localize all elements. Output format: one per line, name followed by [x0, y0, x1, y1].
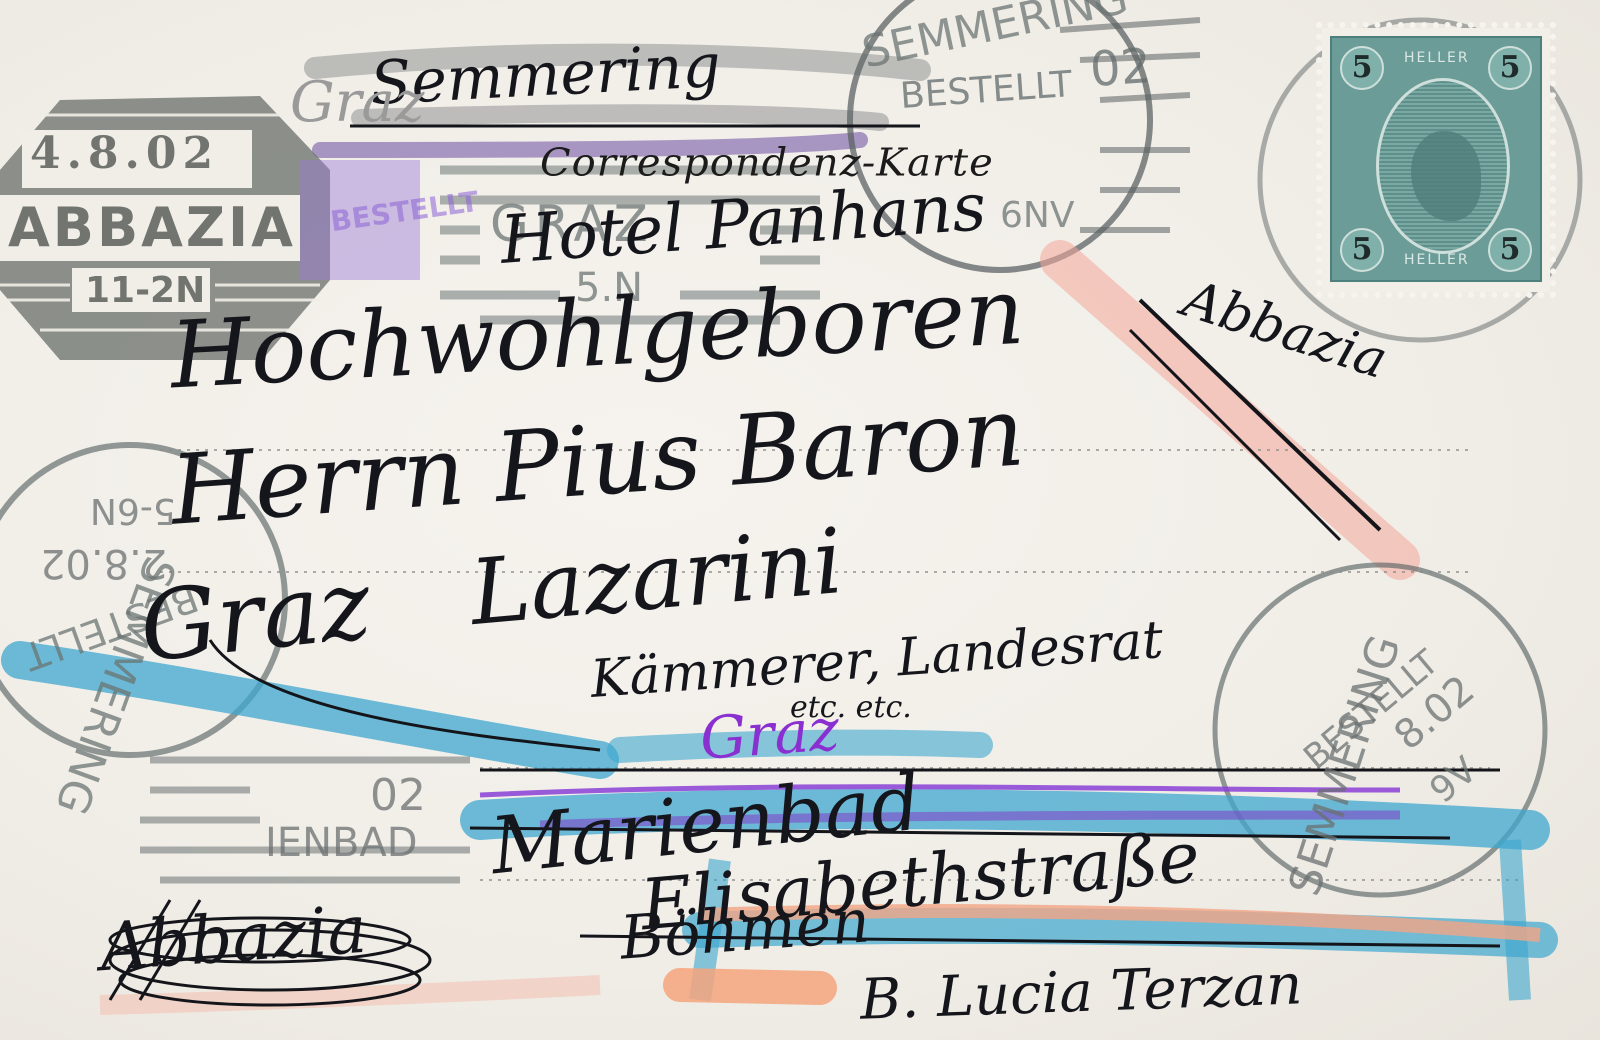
- marienbad-postmark-date: 02: [370, 770, 426, 821]
- abbazia-postmark-town: ABBAZIA: [8, 196, 296, 259]
- abbazia-postmark-date: 4.8.02: [30, 128, 219, 179]
- postage-stamp: 5 5 5 5 HELLER HELLER: [1322, 28, 1550, 292]
- violet-redirect-graz: Graz: [698, 695, 842, 773]
- stamp-currency-top: HELLER: [1404, 50, 1470, 66]
- stamp-denomination-tl: 5: [1340, 46, 1384, 90]
- stamp-currency-bottom: HELLER: [1404, 252, 1470, 268]
- semmering-top-date: 02: [1088, 38, 1153, 98]
- semmering-top-suffix: 6NV: [1000, 195, 1074, 236]
- pencil-graz: Graz: [290, 70, 424, 135]
- marienbad-postmark-town: IENBAD: [265, 820, 418, 866]
- semmering-left-suffix: 5-6N: [90, 490, 176, 531]
- stamp-denomination-br: 5: [1488, 228, 1532, 272]
- stamp-denomination-tr: 5: [1488, 46, 1532, 90]
- postcard: Correspondenz-Karte 4.8.02 ABBAZIA 11-2N…: [0, 0, 1600, 1040]
- stamp-denomination-bl: 5: [1340, 228, 1384, 272]
- emperor-portrait-icon: [1411, 131, 1481, 221]
- forward-graz: Graz: [135, 548, 376, 683]
